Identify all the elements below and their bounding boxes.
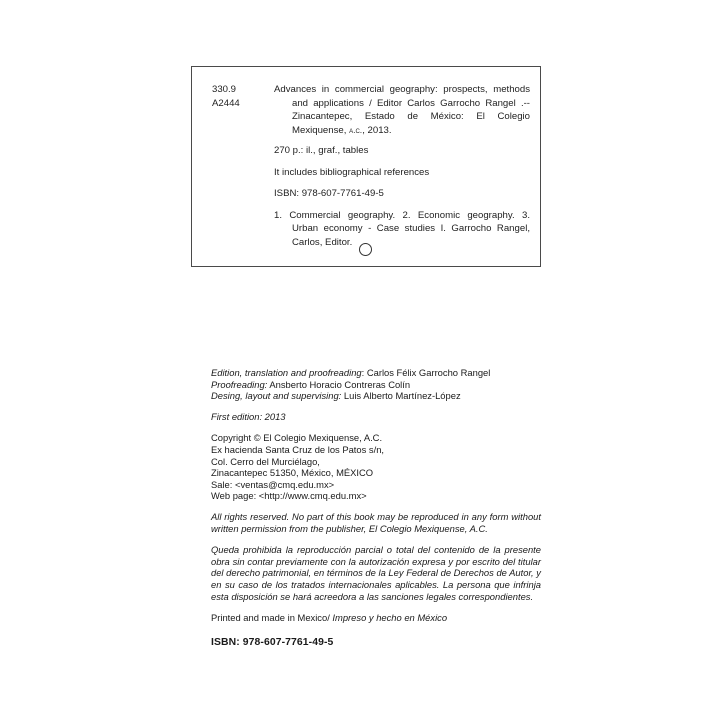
credit-line: Desing, layout and supervising: Luis Alb…: [211, 390, 541, 402]
call-number-cutter: A2444: [212, 97, 240, 111]
call-number-class: 330.9: [212, 83, 240, 97]
address-line: Zinacantepec 51350, México, MÉXICO: [211, 467, 541, 479]
title-entry: Advances in commercial geography: prospe…: [274, 83, 530, 137]
card-isbn: ISBN: 978-607-7761-49-5: [274, 187, 530, 201]
catalog-card-body: Advances in commercial geography: prospe…: [274, 83, 530, 249]
catalog-card: 330.9 A2444 Advances in commercial geogr…: [191, 66, 541, 267]
bibliography-note: It includes bibliographical references: [274, 166, 530, 180]
printed-in: Printed and made in Mexico/ Impreso y he…: [211, 612, 541, 624]
address-line: Copyright © El Colegio Mexiquense, A.C.: [211, 432, 541, 444]
credit-value: Carlos Félix Garrocho Rangel: [367, 367, 491, 378]
credits-block: Edition, translation and proofreading: C…: [211, 367, 541, 649]
printed-in-en: Printed and made in Mexico/: [211, 612, 330, 623]
copyright-page: 330.9 A2444 Advances in commercial geogr…: [0, 0, 720, 720]
printed-in-es: Impreso y hecho en México: [330, 612, 447, 623]
footer-isbn: ISBN: 978-607-7761-49-5: [211, 637, 541, 649]
title-entry-text: Advances in commercial geography: prospe…: [274, 84, 530, 136]
sales-email: Sale: <ventas@cmq.edu.mx>: [211, 479, 541, 491]
rights-notice-en: All rights reserved. No part of this boo…: [211, 511, 541, 534]
credit-label: Desing, layout and supervising:: [211, 390, 341, 401]
credit-value: Ansberto Horacio Contreras Colín: [269, 379, 410, 390]
credit-line: Edition, translation and proofreading: C…: [211, 367, 541, 379]
publisher-address: Copyright © El Colegio Mexiquense, A.C. …: [211, 432, 541, 502]
credit-label: Proofreading:: [211, 379, 267, 390]
address-line: Col. Cerro del Murciélago,: [211, 456, 541, 468]
first-edition: First edition: 2013: [211, 411, 541, 423]
title-entry-year: , 2013.: [362, 125, 391, 136]
subject-headings: 1. Commercial geography. 2. Economic geo…: [274, 209, 530, 250]
title-entry-abbrev: a.c.: [349, 125, 362, 135]
card-hole-icon: [359, 243, 372, 256]
credit-line: Proofreading: Ansberto Horacio Contreras…: [211, 379, 541, 391]
credit-value: Luis Alberto Martínez-López: [344, 390, 461, 401]
address-line: Ex hacienda Santa Cruz de los Patos s/n,: [211, 444, 541, 456]
web-page: Web page: <http://www.cmq.edu.mx>: [211, 490, 541, 502]
call-number: 330.9 A2444: [212, 83, 240, 110]
physical-description: 270 p.: il., graf., tables: [274, 144, 530, 158]
rights-notice-es: Queda prohibida la reproducción parcial …: [211, 544, 541, 602]
credit-label: Edition, translation and proofreading: [211, 367, 362, 378]
